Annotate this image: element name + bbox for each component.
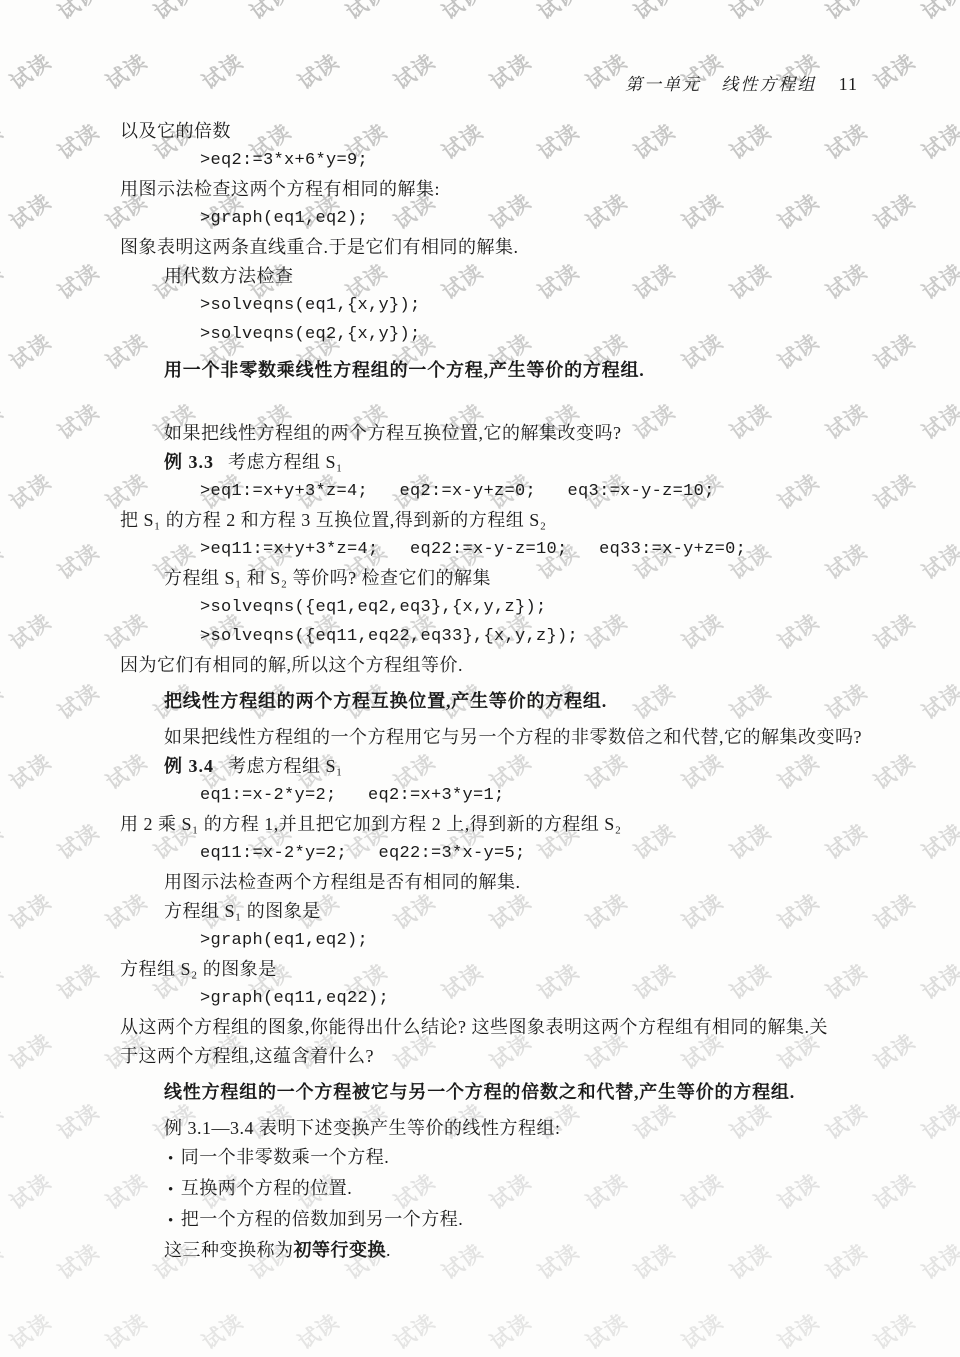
watermark-text: 试读 — [579, 1306, 632, 1356]
bullet-icon: • — [168, 1151, 174, 1167]
watermark-text: 试读 — [0, 0, 9, 26]
watermark-text: 试读 — [147, 0, 200, 26]
bullet-icon: • — [168, 1213, 174, 1229]
watermark-text: 试读 — [339, 0, 392, 26]
header-unit: 第一单元 — [625, 75, 701, 94]
para-coincide: 图象表明这两条直线重合.于是它们有相同的解集. — [120, 233, 868, 262]
bullet-item-swap: •互换两个方程的位置. — [120, 1174, 868, 1205]
example-3-4-text: 考虑方程组 S₁ — [228, 756, 343, 776]
closing-suffix: . — [386, 1240, 391, 1260]
bullet-text: 同一个非零数乘一个方程. — [181, 1147, 390, 1167]
watermark-text: 试读 — [291, 1306, 344, 1356]
code-solve-system-2: >solveqns({eq11,eq22,eq33},{x,y,z}); — [120, 622, 868, 651]
code-eq2: >eq2:=3*x+6*y=9; — [120, 146, 868, 175]
code-graph-1: >graph(eq1,eq2); — [120, 204, 868, 233]
code-solve-eq2: >solveqns(eq2,{x,y}); — [120, 320, 868, 349]
rule-multiply-statement: 用一个非零数乘线性方程组的一个方程,产生等价的方程组. — [120, 356, 868, 385]
bullet-text: 互换两个方程的位置. — [181, 1178, 353, 1198]
para-swap-description: 把 S₁ 的方程 2 和方程 3 互换位置,得到新的方程组 S₂ — [120, 506, 868, 535]
para-conclusion-line-2: 于这两个方程组,这蕴含着什么? — [120, 1042, 868, 1071]
para-intro: 以及它的倍数 — [120, 117, 868, 146]
para-algebra-check: 用代数方法检查 — [120, 262, 868, 291]
bullet-item-add: •把一个方程的倍数加到另一个方程. — [120, 1205, 868, 1236]
code-ex34-equations-s1: eq1:=x-2*y=2; eq2:=x+3*y=1; — [120, 781, 868, 810]
para-equivalence-question: 方程组 S₁ 和 S₂ 等价吗? 检查它们的解集 — [120, 564, 868, 593]
watermark-text: 试读 — [3, 1306, 56, 1356]
rule-swap-statement: 把线性方程组的两个方程互换位置,产生等价的方程组. — [120, 687, 868, 716]
bullet-text: 把一个方程的倍数加到另一个方程. — [181, 1209, 464, 1229]
para-conclusion-line-1: 从这两个方程组的图象,你能得出什么结论? 这些图象表明这两个方程组有相同的解集.… — [120, 1013, 868, 1042]
closing-prefix: 这三种变换称为 — [164, 1240, 294, 1260]
example-3-3-label: 例 3.3 — [164, 452, 214, 472]
bullet-item-multiply: •同一个非零数乘一个方程. — [120, 1143, 868, 1174]
page-header: 第一单元 线性方程组 11 — [0, 70, 960, 95]
para-graph-check: 用图示法检查这两个方程有相同的解集: — [120, 175, 868, 204]
header-section-title: 线性方程组 — [721, 75, 816, 94]
code-solve-system-1: >solveqns({eq1,eq2,eq3},{x,y,z}); — [120, 593, 868, 622]
example-3-4-heading: 例 3.4考虑方程组 S₁ — [120, 752, 868, 781]
scanned-textbook-page: 试读试读试读试读试读试读试读试读试读试读试读试读试读试读试读试读试读试读试读试读… — [0, 0, 960, 1357]
watermark-text: 试读 — [867, 1306, 920, 1356]
para-graph-check-2: 用图示法检查两个方程组是否有相同的解集. — [120, 868, 868, 897]
watermark-text: 试读 — [99, 1306, 152, 1356]
watermark-text: 试读 — [435, 0, 488, 26]
para-s1-graph: 方程组 S₁ 的图象是 — [120, 897, 868, 926]
watermark-text: 试读 — [819, 0, 872, 26]
watermark-text: 试读 — [771, 1306, 824, 1356]
page-number: 11 — [839, 74, 858, 94]
watermark-text: 试读 — [387, 1306, 440, 1356]
code-ex34-equations-s2: eq11:=x-2*y=2; eq22:=3*x-y=5; — [120, 839, 868, 868]
watermark-text: 试读 — [483, 1306, 536, 1356]
watermark-text: 试读 — [627, 0, 680, 26]
rule-replace-statement: 线性方程组的一个方程被它与另一个方程的倍数之和代替,产生等价的方程组. — [120, 1078, 868, 1107]
watermark-text: 试读 — [195, 1306, 248, 1356]
watermark-text: 试读 — [51, 0, 104, 26]
code-ex33-equations-s1: >eq1:=x+y+3*z=4; eq2:=x-y+z=0; eq3:=x-y-… — [120, 477, 868, 506]
watermark-text: 试读 — [243, 0, 296, 26]
code-solve-eq1: >solveqns(eq1,{x,y}); — [120, 291, 868, 320]
example-3-3-heading: 例 3.3考虑方程组 S₁ — [120, 448, 868, 477]
watermark-text: 试读 — [723, 0, 776, 26]
page-content: 以及它的倍数 >eq2:=3*x+6*y=9; 用图示法检查这两个方程有相同的解… — [0, 117, 960, 1265]
code-ex33-equations-s2: >eq11:=x+y+3*z=4; eq22:=x-y-z=10; eq33:=… — [120, 535, 868, 564]
para-summary: 例 3.1—3.4 表明下述变换产生等价的线性方程组: — [120, 1114, 868, 1143]
code-graph-2: >graph(eq1,eq2); — [120, 926, 868, 955]
watermark-text: 试读 — [915, 0, 960, 26]
para-replace-question: 如果把线性方程组的一个方程用它与另一个方程的非零数倍之和代替,它的解集改变吗? — [120, 723, 868, 752]
para-s2-graph: 方程组 S₂ 的图象是 — [120, 955, 868, 984]
example-3-4-label: 例 3.4 — [164, 756, 214, 776]
code-graph-3: >graph(eq11,eq22); — [120, 984, 868, 1013]
example-3-3-text: 考虑方程组 S₁ — [228, 452, 343, 472]
para-swap-question: 如果把线性方程组的两个方程互换位置,它的解集改变吗? — [120, 419, 868, 448]
para-same-solution: 因为它们有相同的解,所以这个方程组等价. — [120, 651, 868, 680]
closing-key-term: 初等行变换 — [294, 1240, 387, 1260]
bullet-icon: • — [168, 1182, 174, 1198]
watermark-text: 试读 — [675, 1306, 728, 1356]
watermark-text: 试读 — [531, 0, 584, 26]
para-multiply-add: 用 2 乘 S₁ 的方程 1,并且把它加到方程 2 上,得到新的方程组 S₂ — [120, 810, 868, 839]
para-closing: 这三种变换称为初等行变换. — [120, 1236, 868, 1265]
